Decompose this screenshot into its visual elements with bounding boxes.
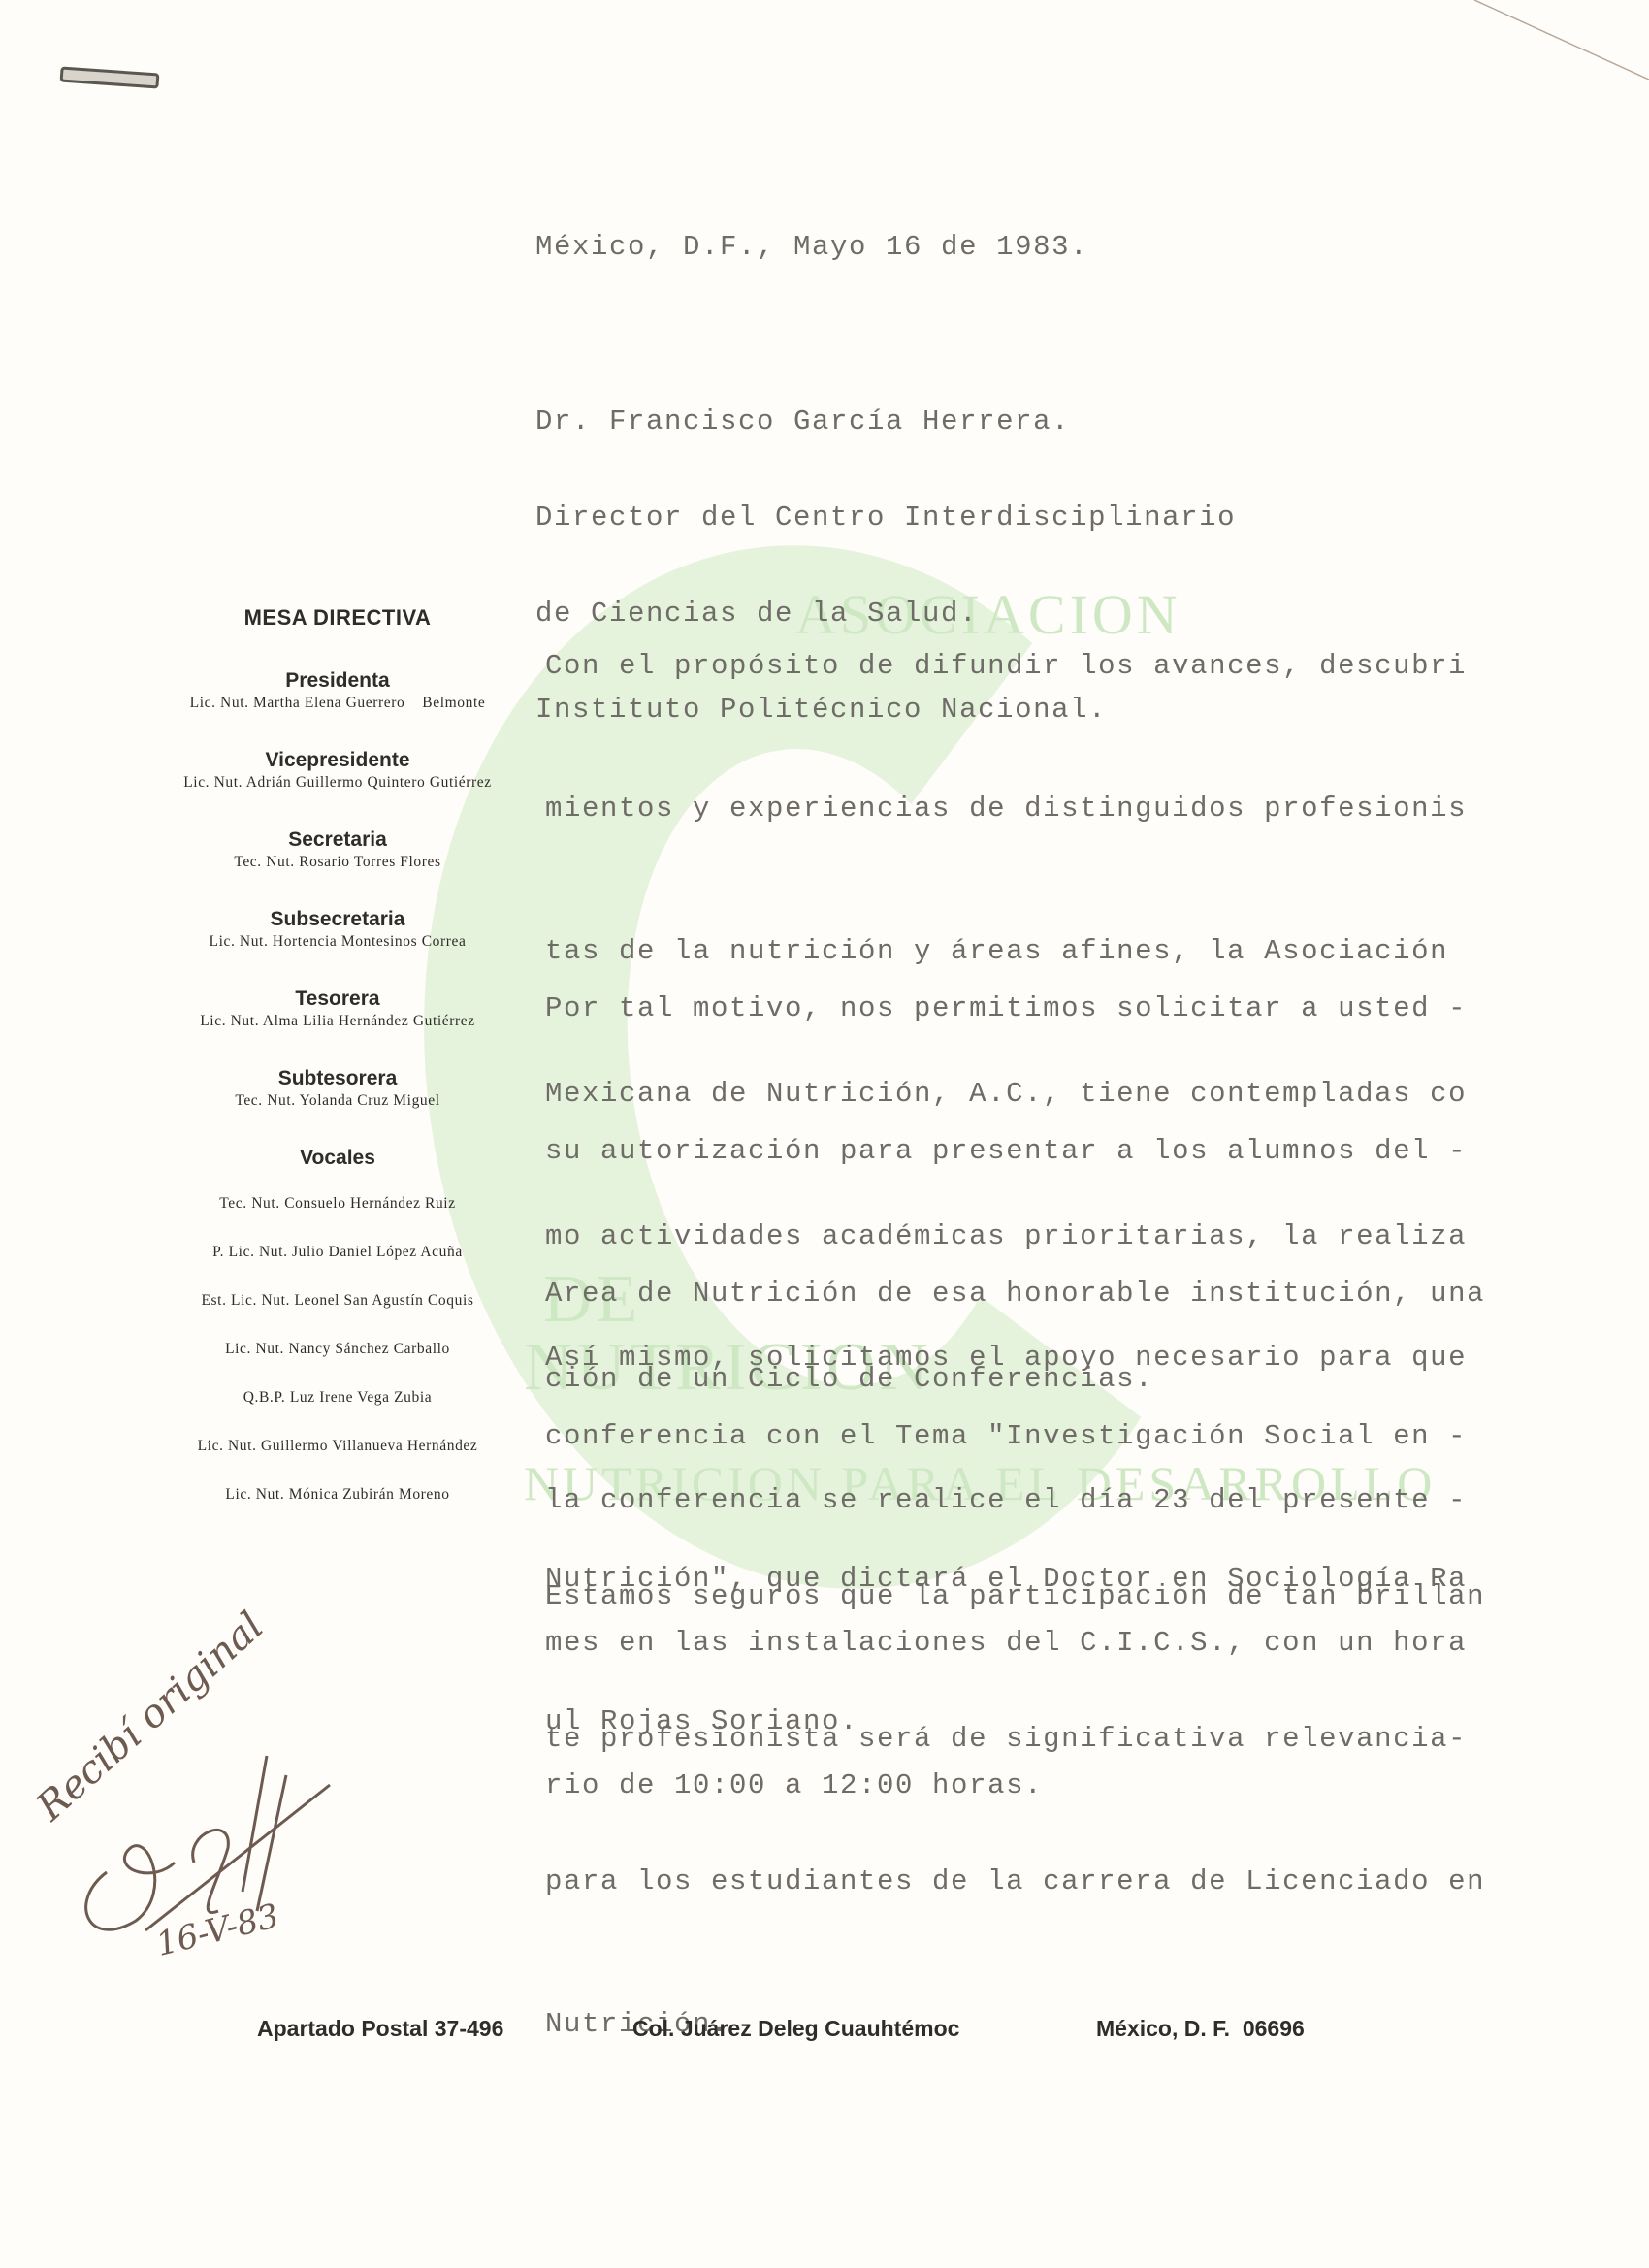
paragraph-line: mientos y experiencias de distinguidos p… bbox=[545, 785, 1467, 832]
vocales-heading: Vocales bbox=[116, 1147, 559, 1170]
vocal-name: Tec. Nut. Consuelo Hernández Ruiz bbox=[116, 1180, 559, 1228]
officer-name: Tec. Nut. Yolanda Cruz Miguel bbox=[116, 1092, 559, 1110]
officer-name: Lic. Nut. Alma Lilia Hernández Gutiérrez bbox=[116, 1013, 559, 1030]
staple-icon bbox=[60, 66, 160, 88]
letter-page: ASOCIACION DE NUTRICION NUTRICION PARA E… bbox=[0, 0, 1649, 2268]
officer-name: Lic. Nut. Martha Elena Guerrero Belmonte bbox=[116, 695, 559, 712]
handwritten-receipt: Recibí original 16-V-83 bbox=[48, 1678, 398, 1989]
recipient-title: Director del Centro Interdisciplinario bbox=[535, 502, 1236, 534]
vocal-name: P. Lic. Nut. Julio Daniel López Acuña bbox=[116, 1228, 559, 1277]
body-paragraph-4: Estamos seguros que la participación de … bbox=[545, 1477, 1485, 2143]
officer-role: Secretaria bbox=[116, 828, 559, 852]
letter-date: México, D.F., Mayo 16 de 1983. bbox=[535, 231, 1088, 263]
paragraph-line: Así mismo, solicitamos el apoyo necesari… bbox=[545, 1334, 1467, 1381]
officer-role: Vicepresidente bbox=[116, 749, 559, 772]
officer-role: Presidenta bbox=[116, 669, 559, 693]
paragraph-line: Estamos seguros que la participación de … bbox=[545, 1572, 1485, 1620]
officer-role: Subsecretaria bbox=[116, 908, 559, 931]
vocal-name: Lic. Nut. Guillermo Villanueva Hernández bbox=[116, 1422, 559, 1471]
footer-city: México, D. F. 06696 bbox=[1096, 2016, 1305, 2042]
paragraph-line: su autorización para presentar a los alu… bbox=[545, 1127, 1485, 1175]
paragraph-line: te profesionista será de significativa r… bbox=[545, 1715, 1485, 1763]
board-of-directors-sidebar: MESA DIRECTIVA Presidenta Lic. Nut. Mart… bbox=[116, 601, 559, 1519]
vocal-name: Lic. Nut. Nancy Sánchez Carballo bbox=[116, 1325, 559, 1374]
officer-name: Lic. Nut. Hortencia Montesinos Correa bbox=[116, 933, 559, 951]
officer-role: Subtesorera bbox=[116, 1067, 559, 1090]
folded-corner bbox=[1474, 0, 1649, 80]
vocal-name: Lic. Nut. Mónica Zubirán Moreno bbox=[116, 1471, 559, 1519]
vocal-name: Q.B.P. Luz Irene Vega Zubia bbox=[116, 1374, 559, 1422]
paragraph-line: Por tal motivo, nos permitimos solicitar… bbox=[545, 985, 1485, 1032]
paragraph-line: para los estudiantes de la carrera de Li… bbox=[545, 1858, 1485, 1905]
officer-name: Tec. Nut. Rosario Torres Flores bbox=[116, 854, 559, 871]
vocales-list: Tec. Nut. Consuelo Hernández Ruiz P. Lic… bbox=[116, 1180, 559, 1519]
officer-role: Tesorera bbox=[116, 988, 559, 1011]
sidebar-title: MESA DIRECTIVA bbox=[116, 605, 559, 631]
paragraph-line: Con el propósito de difundir los avances… bbox=[545, 642, 1467, 690]
vocal-name: Est. Lic. Nut. Leonel San Agustín Coquis bbox=[116, 1277, 559, 1325]
footer-address: Col. Juárez Deleg Cuauhtémoc bbox=[632, 2016, 959, 2042]
recipient-name: Dr. Francisco García Herrera. bbox=[535, 405, 1236, 437]
footer-postal-box: Apartado Postal 37-496 bbox=[257, 2016, 503, 2042]
officer-name: Lic. Nut. Adrián Guillermo Quintero Guti… bbox=[116, 774, 559, 792]
